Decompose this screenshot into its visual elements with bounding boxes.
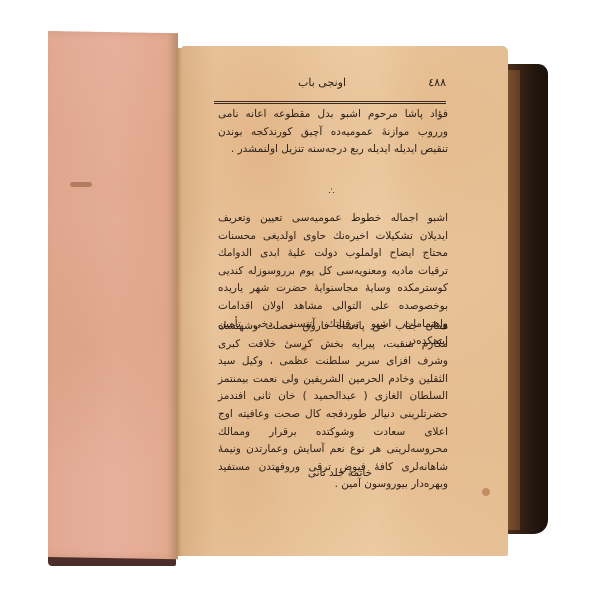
page-header: ٤٨٨ اونجی باب [214, 76, 446, 94]
header-rule [214, 101, 446, 104]
colophon: خاتمهٔ جلد ثانی [300, 467, 380, 479]
page-number: ٤٨٨ [428, 76, 446, 89]
page-block-edge [506, 70, 520, 530]
running-title: اونجی باب [298, 76, 346, 89]
left-endpaper-page [48, 31, 178, 559]
open-book: ٤٨٨ اونجی باب فؤاد پاشا مرحوم اشبو بدل م… [0, 0, 600, 600]
foxing-stain [482, 488, 490, 496]
section-separator: ∴ [322, 187, 342, 197]
paragraph-1: فؤاد پاشا مرحوم اشبو بدل مقطوعه اعانه نا… [218, 106, 448, 159]
foxing-stain [70, 182, 92, 187]
